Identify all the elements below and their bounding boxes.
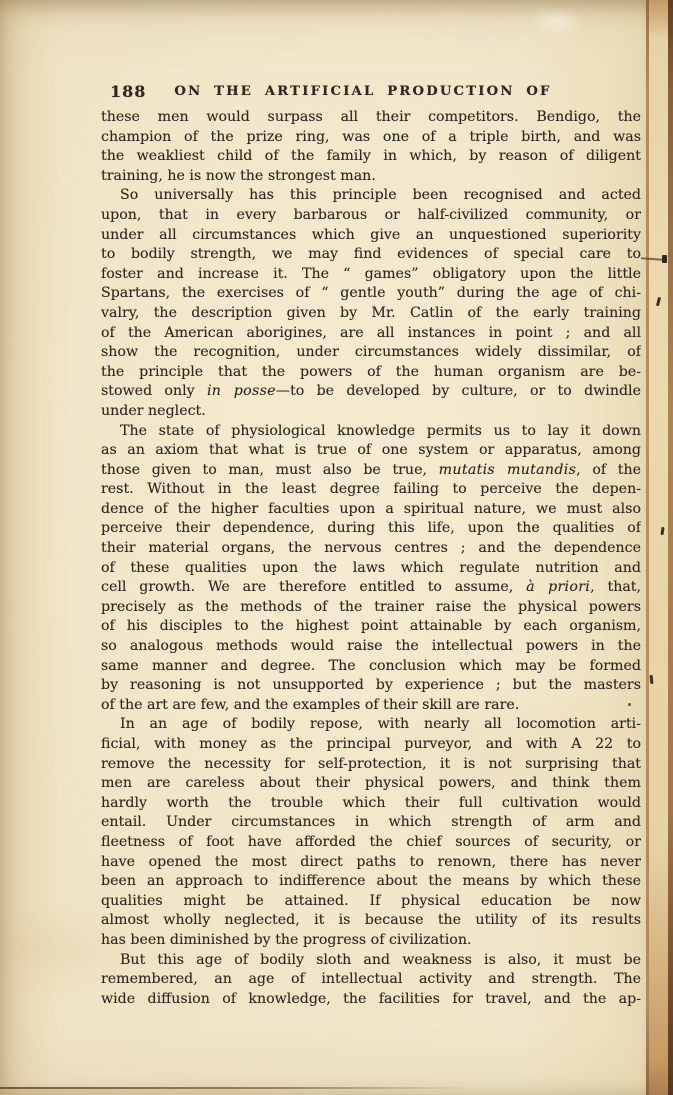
text-line: have opened the most direct paths to ren… [101,853,641,873]
page-edge-paper [649,0,668,1095]
paragraph: So universally has this principle been r… [101,186,641,421]
text-line: of the art are few, and the examples of … [101,696,641,716]
text-line: same manner and degree. The conclusion w… [101,657,641,677]
text-line: champion of the prize ring, was one of a… [101,128,641,148]
text-line: almost wholly neglected, it is because t… [101,911,641,931]
text-line: Spartans, the exercises of “ gentle yout… [101,284,641,304]
text-line: under all circumstances which give an un… [101,226,641,246]
text-line: perceive their dependence, during this l… [101,519,641,539]
paragraph: But this age of bodily sloth and weaknes… [101,951,641,1010]
text-line: the principle that the powers of the hum… [101,363,641,383]
text-line: show the recognition, under circumstance… [101,343,641,363]
margin-pen-arrow-mark [641,253,667,265]
ink-speck [628,703,631,706]
bottom-edge-paper [0,1089,470,1095]
text-line: stowed only in posse—to be developed by … [101,382,641,402]
text-column: these men would surpass all their compet… [101,108,641,1009]
page-number: 188 [110,82,146,101]
text-line: precisely as the methods of the trainer … [101,598,641,618]
text-line: remembered, an age of intellectual activ… [101,970,641,990]
text-line: entail. Under circumstances in which str… [101,813,641,833]
text-line: those given to man, must also be true, m… [101,461,641,481]
page-edge-shadow [668,0,673,1095]
text-line: these men would surpass all their compet… [101,108,641,128]
paragraph: In an age of bodily repose, with nearly … [101,715,641,950]
text-line: ficial, with money as the principal purv… [101,735,641,755]
text-line: has been diminished by the progress of c… [101,931,641,951]
page-header: 188 ON THE ARTIFICIAL PRODUCTION OF [85,82,641,102]
text-line: been an approach to indifference about t… [101,872,641,892]
text-line: fleetness of foot have afforded the chie… [101,833,641,853]
paragraph: The state of physiological knowledge per… [101,422,641,716]
text-line: remove the necessity for self-protection… [101,755,641,775]
pen-arrow-head [662,255,667,263]
text-line: to bodily strength, we may find evidence… [101,245,641,265]
text-line: by reasoning is not unsupported by exper… [101,676,641,696]
paragraph: these men would surpass all their compet… [101,108,641,186]
text-line: In an age of bodily repose, with nearly … [101,715,641,735]
text-line: foster and increase it. The “ games” obl… [101,265,641,285]
text-line: training, he is now the strongest man. [101,167,641,187]
text-line: The state of physiological knowledge per… [101,422,641,442]
text-line: hardly worth the trouble which their ful… [101,794,641,814]
scanned-book-page: 188 ON THE ARTIFICIAL PRODUCTION OF thes… [0,0,673,1095]
text-line: so analogous methods would raise the int… [101,637,641,657]
text-line: cell growth. We are therefore entitled t… [101,578,641,598]
text-line: of his disciples to the highest point at… [101,617,641,637]
text-line: the weakliest child of the family in whi… [101,147,641,167]
text-line: their material organs, the nervous centr… [101,539,641,559]
pen-arrow-shaft [641,257,663,260]
text-line: So universally has this principle been r… [101,186,641,206]
text-line: of these qualities upon the laws which r… [101,559,641,579]
text-line: of the American aborigines, are all inst… [101,324,641,344]
text-line: qualities might be attained. If physical… [101,892,641,912]
text-line: upon, that in every barbarous or half-ci… [101,206,641,226]
text-line: rest. Without in the least degree failin… [101,480,641,500]
text-line: dence of the higher faculties upon a spi… [101,500,641,520]
text-line: as an axiom that what is true of one sys… [101,441,641,461]
text-line: But this age of bodily sloth and weaknes… [101,951,641,971]
text-line: men are careless about their physical po… [101,774,641,794]
text-line: wide diffusion of knowledge, the facilit… [101,990,641,1010]
text-line: under neglect. [101,402,641,422]
text-line: valry, the description given by Mr. Catl… [101,304,641,324]
running-title: ON THE ARTIFICIAL PRODUCTION OF [85,82,641,99]
